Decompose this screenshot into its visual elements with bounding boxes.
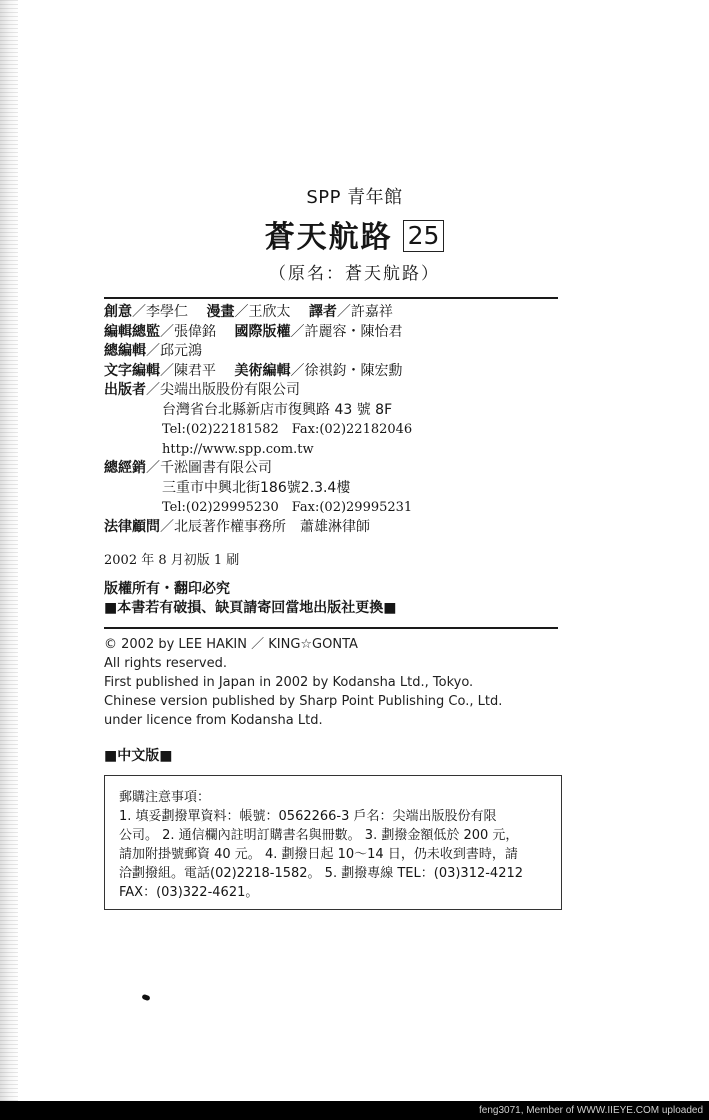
credits-block: 創意／李學仁 漫畫／王欣太 譯者／許嘉祥 編輯總監／張偉銘 國際版權／許麗容・陳…: [104, 303, 412, 537]
credit-role: 創意: [104, 304, 132, 320]
credit-name: 許麗容・陳怡君: [304, 324, 402, 340]
credit-role: 法律顧問: [104, 519, 160, 535]
copyright-line: All rights reserved.: [104, 654, 502, 673]
credit-role: 國際版權: [234, 324, 290, 340]
middle-rule: [104, 627, 558, 629]
credit-role: 編輯總監: [104, 324, 160, 340]
credit-name: 徐祺鈞・陳宏勳: [304, 363, 402, 379]
credit-role: 總編輯: [104, 343, 146, 359]
credit-name: 王欣太: [248, 304, 290, 320]
distributor-address: 三重市中興北街186號2.3.4樓: [104, 479, 412, 499]
legal-row: 法律顧問／北辰著作權事務所 蕭雄淋律師: [104, 518, 412, 538]
credit-role: 文字編輯: [104, 363, 160, 379]
notice-line: 1. 填妥劃撥單資料：帳號：0562266-3 戶名：尖端出版股份有限: [119, 807, 551, 826]
credit-row: 總編輯／邱元鴻: [104, 342, 412, 362]
credit-name: 北辰著作權事務所 蕭雄淋律師: [174, 519, 370, 535]
english-copyright: © 2002 by LEE HAKIN ／ KING☆GONTA All rig…: [104, 635, 502, 730]
book-title: 蒼天航路: [265, 220, 393, 255]
notice-line: 請加附掛號郵資 40 元。 4. 劃撥日起 10～14 日，仍未收到書時，請: [119, 845, 551, 864]
credit-row: 出版者／尖端出版股份有限公司: [104, 381, 412, 401]
slash: ／: [146, 343, 160, 359]
rights-reserved: 版權所有・翻印必究: [104, 580, 396, 599]
distributor-phone: Tel:(02)29995230 Fax:(02)29995231: [104, 498, 412, 518]
copyright-line: Chinese version published by Sharp Point…: [104, 692, 502, 711]
uploader-credit: feng3071, Member of WWW.IIEYE.COM upload…: [479, 1105, 703, 1116]
chinese-edition-label: ■中文版■: [104, 745, 172, 765]
ink-speck: [141, 994, 150, 1001]
credit-row: 創意／李學仁 漫畫／王欣太 譯者／許嘉祥: [104, 303, 412, 323]
credit-role: 出版者: [104, 382, 146, 398]
credit-name: 許嘉祥: [351, 304, 393, 320]
credit-name: 張偉銘: [174, 324, 216, 340]
mail-order-notice-box: 郵購注意事項： 1. 填妥劃撥單資料：帳號：0562266-3 戶名：尖端出版股…: [104, 775, 562, 910]
notice-line: FAX：(03)322-4621。: [119, 883, 551, 902]
credit-name: 李學仁: [146, 304, 188, 320]
series-label: SPP 青年館: [0, 183, 709, 209]
notice-line: 公司。 2. 通信欄內註明訂購書名與冊數。 3. 劃撥金額低於 200 元，: [119, 826, 551, 845]
publisher-phone: Tel:(02)22181582 Fax:(02)22182046: [104, 420, 412, 440]
slash: ／: [132, 304, 146, 320]
uploader-watermark-bar: feng3071, Member of WWW.IIEYE.COM upload…: [0, 1101, 709, 1120]
top-rule: [104, 297, 558, 299]
copyright-line: © 2002 by LEE HAKIN ／ KING☆GONTA: [104, 635, 502, 654]
credit-name: 陳君平: [174, 363, 216, 379]
copyright-line: First published in Japan in 2002 by Koda…: [104, 673, 502, 692]
credit-row: 文字編輯／陳君平 美術編輯／徐祺鈞・陳宏勳: [104, 362, 412, 382]
slash: ／: [146, 382, 160, 398]
copyright-line: under licence from Kodansha Ltd.: [104, 711, 502, 730]
edition-info: 2002 年 8 月初版 1 刷: [104, 549, 239, 568]
book-title-row: 蒼天航路25: [0, 212, 709, 256]
credit-row: 編輯總監／張偉銘 國際版權／許麗容・陳怡君: [104, 323, 412, 343]
notice-heading: 郵購注意事項：: [119, 788, 551, 807]
damage-notice: ■本書若有破損、缺頁請寄回當地出版社更換■: [104, 599, 396, 618]
notice-line: 洽劃撥組。電話(02)2218-1582。 5. 劃撥專線 TEL：(03)31…: [119, 864, 551, 883]
slash: ／: [290, 363, 304, 379]
rights-block: 版權所有・翻印必究 ■本書若有破損、缺頁請寄回當地出版社更換■: [104, 580, 396, 618]
slash: ／: [160, 363, 174, 379]
slash: ／: [337, 304, 351, 320]
distributor-row: 總經銷／千淞圖書有限公司: [104, 459, 412, 479]
credit-name: 邱元鴻: [160, 343, 202, 359]
slash: ／: [160, 324, 174, 340]
scan-gutter-shadow: [0, 0, 18, 1101]
slash: ／: [290, 324, 304, 340]
volume-number-box: 25: [403, 220, 445, 252]
credit-role: 譯者: [309, 304, 337, 320]
original-title: （原名：蒼天航路）: [0, 259, 709, 284]
slash: ／: [234, 304, 248, 320]
credit-role: 總經銷: [104, 460, 146, 476]
publisher-address: 台灣省台北縣新店市復興路 43 號 8F: [104, 401, 412, 421]
credit-name: 千淞圖書有限公司: [160, 460, 272, 476]
slash: ／: [160, 519, 174, 535]
credit-role: 漫畫: [206, 304, 234, 320]
slash: ／: [146, 460, 160, 476]
credit-role: 美術編輯: [234, 363, 290, 379]
publisher-url: http://www.spp.com.tw: [104, 440, 412, 460]
credit-name: 尖端出版股份有限公司: [160, 382, 300, 398]
